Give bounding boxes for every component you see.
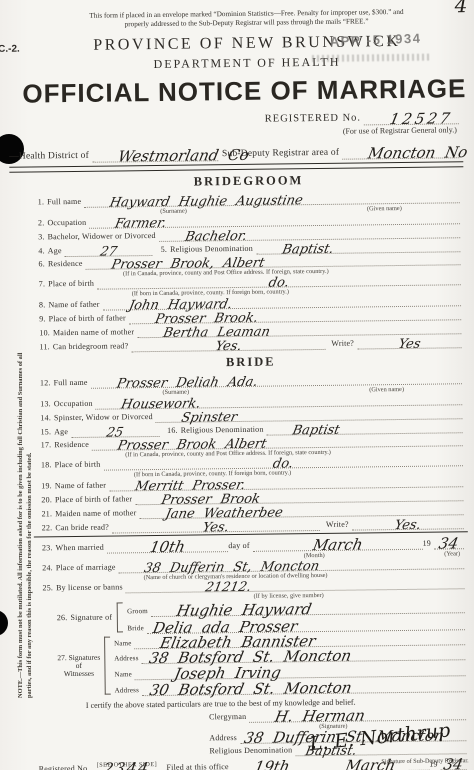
field-26-block: 26. Signature of Groom Hughie Hayward Br… <box>57 596 465 635</box>
clergyman-label: Clergyman <box>209 712 249 723</box>
field-23-month-value: March <box>311 537 364 553</box>
field-17-line: Prosser Brook Albert <box>92 435 463 451</box>
field-1-label: Full name <box>47 197 84 208</box>
field-26-number: 26. <box>57 613 71 624</box>
field-6-label: Residence <box>48 259 86 270</box>
field-7-label: Place of birth <box>48 279 97 291</box>
subdeputy-area-value: Moncton No 3 <box>367 145 474 161</box>
groom-signature-label: Groom <box>127 607 151 617</box>
field-17-label: Residence <box>54 440 92 451</box>
health-district-value: Westmorland Co <box>116 148 250 165</box>
field-3-number: 3. <box>38 232 48 243</box>
filed-day-line: 19th <box>232 759 313 770</box>
field-8-label: Name of father <box>48 300 102 312</box>
field-21-number: 21. <box>42 509 56 520</box>
health-district-label: —Health District of <box>9 151 92 164</box>
bride-signature-label: Bride <box>127 624 147 634</box>
filed-day-value: 19th <box>253 759 291 770</box>
field-11-number: 11. <box>39 342 52 353</box>
field-23-year-value: 34 <box>438 536 460 551</box>
field-15-number: 15. <box>41 427 55 438</box>
witness-1-name-label: Name <box>114 639 135 649</box>
field-12-number: 12. <box>40 378 54 389</box>
field-9-number: 9. <box>39 314 49 325</box>
field-11-label: Can bridegroom read? <box>53 341 132 353</box>
field-27-label-line3: Witnesses <box>57 670 100 679</box>
field-27-bracket <box>104 637 111 695</box>
field-15-label: Age <box>54 427 71 438</box>
registered-no-line: 12527 <box>364 111 459 125</box>
field-6-line: Prosser Brook, Albert <box>86 254 461 270</box>
field-1-value: Hayward Hughie Augustine <box>109 194 305 209</box>
field-8-number: 8. <box>39 300 49 311</box>
field-10-number: 10. <box>39 328 53 339</box>
field-23-number: 23. <box>42 543 56 554</box>
field-25-label: By license or banns <box>56 582 126 594</box>
field-12-label: Full name <box>54 378 91 389</box>
field-16-number: 16. <box>159 426 181 437</box>
page-title: OFFICIAL NOTICE OF MARRIAGE <box>22 73 458 109</box>
handwritten-corner-mark: 4 <box>454 0 467 17</box>
field-23-label: When married <box>56 543 108 555</box>
field-25-line: 21212. <box>126 578 465 593</box>
field-1-line: Hayward Hughie Augustine <box>84 192 460 208</box>
filed-label: Filed at this office <box>160 762 231 770</box>
field-23-year-line: 34 <box>434 536 464 549</box>
witness-2-address-label: Address <box>115 686 142 696</box>
form-number: FORM C.-2. <box>0 44 20 56</box>
field-11-value: Yes. <box>214 340 243 353</box>
field-24-line: 38 Dufferin St, Moncton <box>119 558 465 573</box>
field-2-label: Occupation <box>47 218 89 230</box>
bride-heading: BRIDE <box>40 352 462 372</box>
health-district-line: Westmorland Co <box>92 148 218 163</box>
witness-2-name-label: Name <box>114 670 135 680</box>
scanned-marriage-form: 4 This form if placed in an envelope mar… <box>0 0 474 770</box>
field-11-write-line: Yes <box>357 337 462 349</box>
stamp-smudge <box>312 54 430 62</box>
field-11-write-label: Write? <box>325 339 357 350</box>
field-19-label: Name of father <box>55 481 109 493</box>
field-11-write-value: Yes <box>397 338 421 351</box>
see-other-side-note: [SEE OTHER SIDE] <box>97 761 158 769</box>
registrar-signature-caption: Signature of Sub-Deputy Registrar. <box>381 757 468 765</box>
registered-no-label: REGISTERED No. <box>265 112 364 126</box>
field-24-label: Place of marriage <box>56 562 119 574</box>
field-26-bracket <box>117 602 123 632</box>
field-20-number: 20. <box>41 495 55 506</box>
field-24-number: 24. <box>42 563 56 574</box>
bridegroom-heading: BRIDEGROOM <box>37 171 459 191</box>
field-13-number: 13. <box>40 399 54 410</box>
field-22-label: Can bride read? <box>55 523 112 535</box>
form-content: 4 This form if placed in an envelope mar… <box>0 0 474 770</box>
field-6-number: 6. <box>38 259 48 270</box>
field-27-label: 27. Signatures of Witnesses <box>57 654 102 679</box>
footer-registered-label: Registered No. <box>39 764 93 770</box>
field-7-number: 7. <box>39 279 49 290</box>
field-1-number: 1. <box>38 197 48 208</box>
field-4-label: Age <box>48 246 65 257</box>
field-23-day-value: 10th <box>149 540 187 555</box>
field-23-year-prefix: 19 <box>422 539 434 550</box>
field-27-rows: Name Elizabeth Bannister Address 38 Bots… <box>114 630 466 696</box>
field-2-number: 2. <box>38 218 48 229</box>
field-26-label: Signature of <box>70 612 115 624</box>
field-5-number: 5. <box>153 245 171 256</box>
field-18-label: Place of birth <box>55 460 104 472</box>
field-4-number: 4. <box>38 246 48 257</box>
field-22-write-value: Yes. <box>393 519 422 532</box>
field-23-dayof-label: day of <box>228 541 253 552</box>
side-note-line2: parties, and if for any reason this is i… <box>25 258 34 698</box>
witness-2-address-row: Address 30 Botsford St. Moncton <box>115 676 466 696</box>
field-7-line: do. <box>97 274 461 289</box>
mailing-note: This form if placed in an envelope marke… <box>46 7 446 30</box>
field-23-month-line: March <box>253 537 423 552</box>
field-19-number: 19. <box>41 481 55 492</box>
clergyman-address-label: Address <box>209 733 240 744</box>
field-22-number: 22. <box>42 523 56 534</box>
field-14-number: 14. <box>40 413 54 424</box>
field-22-value: Yes. <box>202 521 231 534</box>
subdeputy-area-line: Moncton No 3 <box>342 145 459 159</box>
field-22-line: Yes. <box>112 520 320 534</box>
side-note-text: NOTE.—This form must not be mutilated. A… <box>16 258 36 698</box>
witness-1-address-label: Address <box>114 654 141 664</box>
field-26-rows: Groom Hughie Hayward Bride Delia ada Pro… <box>127 596 465 634</box>
field-13-label: Occupation <box>54 399 96 411</box>
health-district-row: —Health District of Westmorland Co Sub-D… <box>9 138 459 163</box>
field-25-number: 25. <box>42 583 56 594</box>
field-25-value: 21212. <box>204 581 252 595</box>
field-11-line: Yes. <box>131 339 325 352</box>
witness-2-address-value: 30 Botsford St. Moncton <box>148 681 353 699</box>
field-27-block: 27. Signatures of Witnesses Name Elizabe… <box>57 630 466 697</box>
field-22-write-line: Yes. <box>352 518 464 530</box>
registered-no-row: REGISTERED No. 12527 <box>265 106 459 126</box>
field-18-number: 18. <box>41 460 55 471</box>
field-18-line: do. <box>103 455 463 470</box>
witness-2-address-line: 30 Botsford St. Moncton <box>142 679 466 696</box>
field-17-number: 17. <box>41 440 55 451</box>
field-22-write-label: Write? <box>320 520 352 531</box>
field-23-day-line: 10th <box>107 539 228 553</box>
side-note: NOTE.—This form must not be mutilated. A… <box>16 258 36 698</box>
registered-no-value: 12527 <box>389 111 455 127</box>
field-12-line: Prosser Deliah Ada. <box>91 373 462 389</box>
side-note-line1: NOTE.—This form must not be mutilated. A… <box>16 258 25 698</box>
